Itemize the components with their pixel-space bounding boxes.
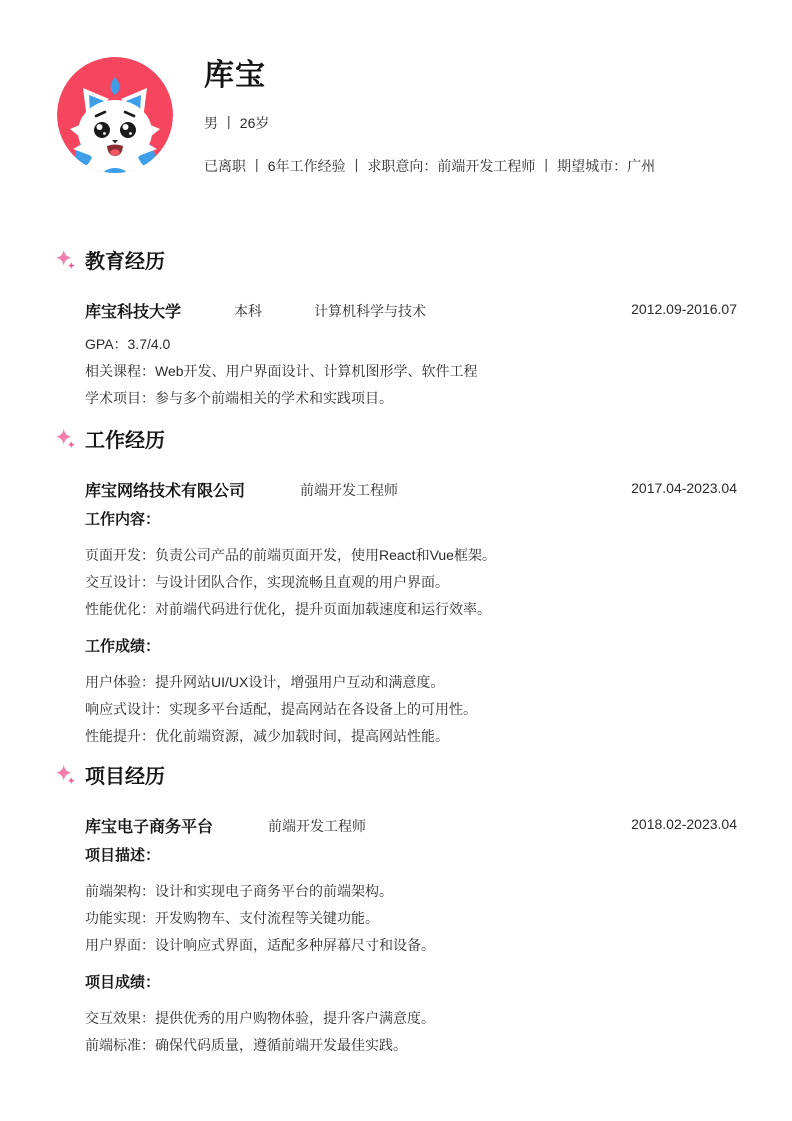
avatar [57, 57, 173, 173]
school-name: 库宝科技大学 [85, 299, 181, 322]
project-desc-label: 项目描述： [85, 847, 737, 864]
work-achievement-item: 响应式设计：实现多平台适配，提高网站在各设备上的可用性。 [85, 696, 737, 723]
work-dates: 2017.04-2023.04 [631, 480, 737, 496]
project-results-list: 交互效果：提供优秀的用户购物体验，提升客户满意度。 前端标准：确保代码质量，遵循… [85, 1005, 737, 1059]
project-desc-item: 功能实现：开发购物车、支付流程等关键功能。 [85, 905, 737, 932]
project-desc-list: 前端架构：设计和实现电子商务平台的前端架构。 功能实现：开发购物车、支付流程等关… [85, 878, 737, 959]
project-dates: 2018.02-2023.04 [631, 816, 737, 832]
project-title-row: 项目经历 [55, 763, 737, 786]
project-results-label: 项目成绩： [85, 974, 737, 991]
candidate-name: 库宝 [204, 59, 655, 92]
section-title-work: 工作经历 [85, 424, 165, 453]
gender-age-line: 男 丨 26岁 [204, 113, 655, 133]
major: 计算机科学与技术 [314, 301, 426, 321]
header-identity: 库宝 男 丨 26岁 已离职 丨 6年工作经验 丨 求职意向：前端开发工程师 丨… [204, 57, 655, 176]
company-name: 库宝网络技术有限公司 [85, 478, 245, 501]
work-content-list: 页面开发：负责公司产品的前端页面开发，使用React和Vue框架。 交互设计：与… [85, 542, 737, 623]
section-education: 教育经历 库宝科技大学 本科 计算机科学与技术 2012.09-2016.07 … [85, 248, 737, 412]
work-achievement-item: 用户体验：提升网站UI/UX设计，增强用户互动和满意度。 [85, 669, 737, 696]
project-name: 库宝电子商务平台 [85, 814, 213, 837]
work-achievements-label: 工作成绩： [85, 638, 737, 655]
work-content-item: 性能优化：对前端代码进行优化，提升页面加载速度和运行效率。 [85, 596, 737, 623]
project-role: 前端开发工程师 [268, 816, 366, 836]
education-detail-line: 相关课程：Web开发、用户界面设计、计算机图形学、软件工程 [85, 358, 737, 385]
education-entry-row: 库宝科技大学 本科 计算机科学与技术 2012.09-2016.07 [85, 299, 737, 317]
education-dates: 2012.09-2016.07 [631, 301, 737, 317]
project-desc-item: 前端架构：设计和实现电子商务平台的前端架构。 [85, 878, 737, 905]
degree: 本科 [234, 301, 262, 321]
project-result-item: 前端标准：确保代码质量，遵循前端开发最佳实践。 [85, 1032, 737, 1059]
work-content-item: 交互设计：与设计团队合作，实现流畅且直观的用户界面。 [85, 569, 737, 596]
education-details: GPA：3.7/4.0 相关课程：Web开发、用户界面设计、计算机图形学、软件工… [85, 331, 737, 412]
work-title-row: 工作经历 [55, 427, 737, 450]
sparkle-icon [55, 249, 77, 271]
sparkle-icon [55, 428, 77, 450]
resume-content: 库宝 男 丨 26岁 已离职 丨 6年工作经验 丨 求职意向：前端开发工程师 丨… [0, 0, 792, 1059]
work-achievements-list: 用户体验：提升网站UI/UX设计，增强用户互动和满意度。 响应式设计：实现多平台… [85, 669, 737, 750]
section-project: 项目经历 库宝电子商务平台 前端开发工程师 2018.02-2023.04 项目… [85, 763, 737, 1059]
work-role: 前端开发工程师 [300, 480, 398, 500]
education-title-row: 教育经历 [55, 248, 737, 271]
section-title-education: 教育经历 [85, 245, 165, 274]
project-desc-item: 用户界面：设计响应式界面，适配多种屏幕尺寸和设备。 [85, 932, 737, 959]
education-detail-line: 学术项目：参与多个前端相关的学术和实践项目。 [85, 385, 737, 412]
work-entry-row: 库宝网络技术有限公司 前端开发工程师 2017.04-2023.04 [85, 478, 737, 496]
work-content-label: 工作内容： [85, 511, 737, 528]
resume-page: 库宝 男 丨 26岁 已离职 丨 6年工作经验 丨 求职意向：前端开发工程师 丨… [0, 0, 792, 1121]
work-content-item: 页面开发：负责公司产品的前端页面开发，使用React和Vue框架。 [85, 542, 737, 569]
sparkle-icon [55, 764, 77, 786]
project-entry-row: 库宝电子商务平台 前端开发工程师 2018.02-2023.04 [85, 814, 737, 832]
cat-mascot-icon [57, 57, 173, 173]
section-work: 工作经历 库宝网络技术有限公司 前端开发工程师 2017.04-2023.04 … [85, 427, 737, 750]
education-detail-line: GPA：3.7/4.0 [85, 331, 737, 358]
job-status-line: 已离职 丨 6年工作经验 丨 求职意向：前端开发工程师 丨 期望城市：广州 [204, 156, 655, 176]
resume-header: 库宝 男 丨 26岁 已离职 丨 6年工作经验 丨 求职意向：前端开发工程师 丨… [85, 57, 737, 176]
project-result-item: 交互效果：提供优秀的用户购物体验，提升客户满意度。 [85, 1005, 737, 1032]
work-achievement-item: 性能提升：优化前端资源，减少加载时间，提高网站性能。 [85, 723, 737, 750]
section-title-project: 项目经历 [85, 760, 165, 789]
